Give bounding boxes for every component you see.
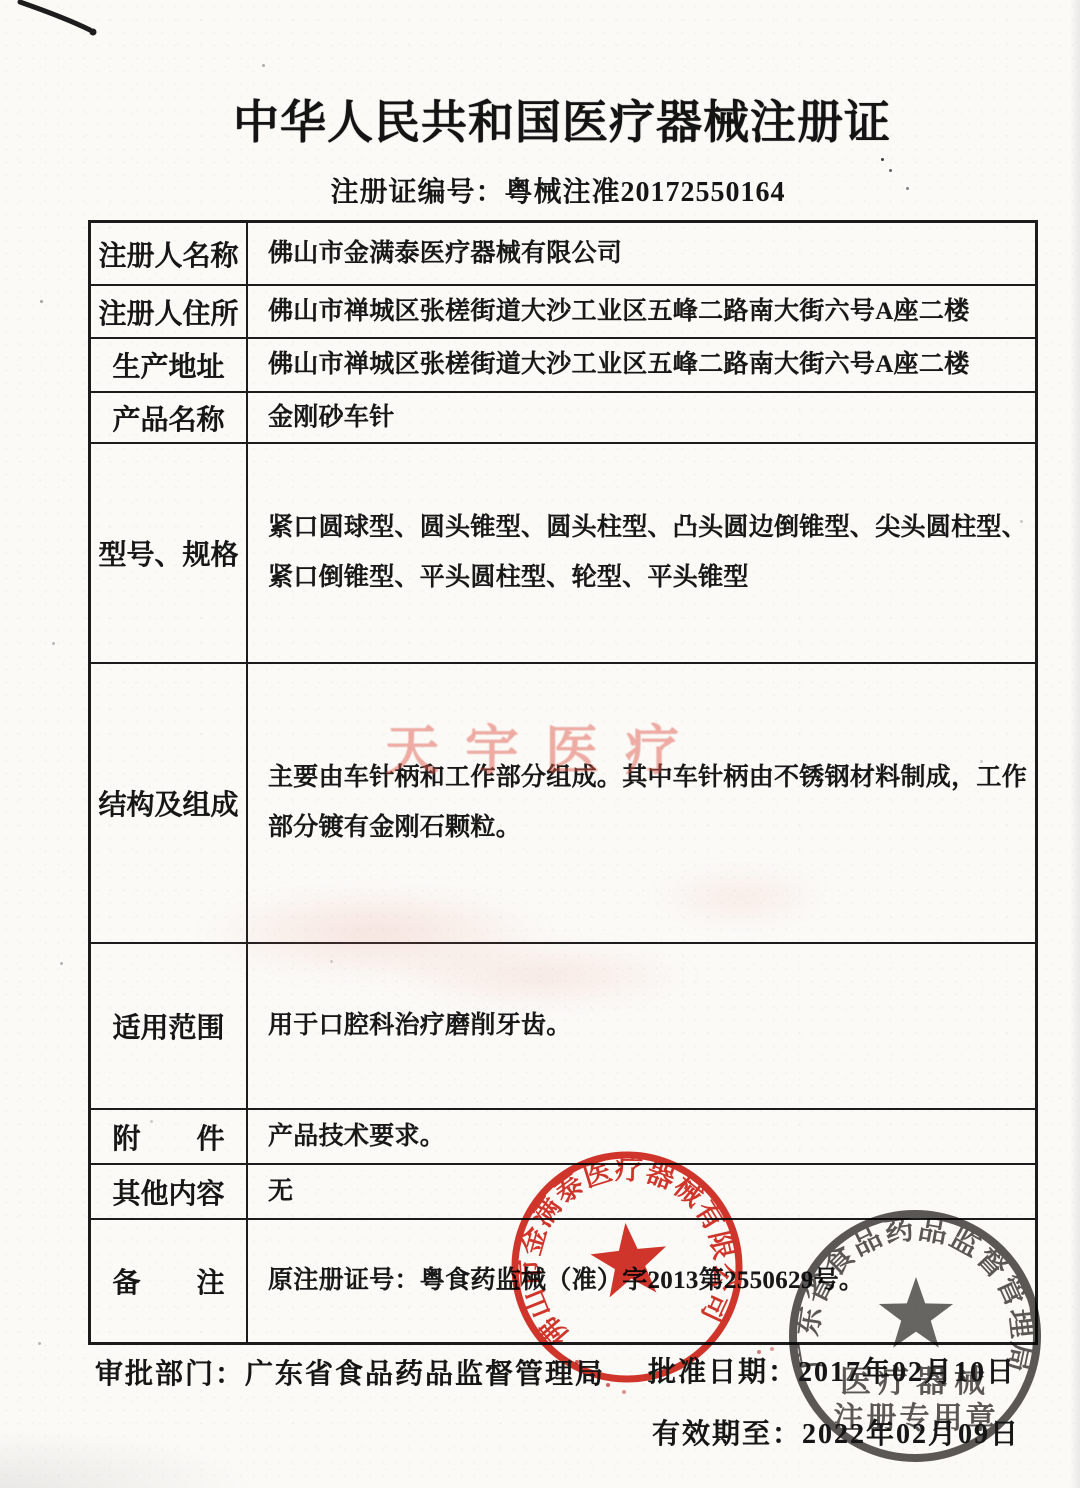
row-label: 注册人名称	[91, 223, 248, 284]
table-row: 生产地址 佛山市禅城区张槎街道大沙工业区五峰二路南大街六号A座二楼	[91, 337, 1035, 391]
row-label: 注册人住所	[91, 286, 248, 337]
registration-number-line: 注册证编号：粤械注准20172550164	[0, 170, 1080, 210]
table-row: 注册人名称 佛山市金满泰医疗器械有限公司	[91, 223, 1035, 284]
row-value: 金刚砂车针	[248, 393, 1035, 442]
row-value: 紧口圆球型、圆头锥型、圆头柱型、凸头圆边倒锥型、尖头圆柱型、紧口倒锥型、平头圆柱…	[248, 444, 1035, 662]
row-label: 型号、规格	[91, 444, 248, 662]
approval-department: 审批部门：广东省食品药品监督管理局	[95, 1352, 605, 1392]
approval-date: 批准日期：2017年02月10日	[648, 1350, 1016, 1390]
row-label: 附 件	[91, 1110, 248, 1163]
table-row: 适用范围 用于口腔科治疗磨削牙齿。	[91, 942, 1035, 1108]
certificate-page: 中华人民共和国医疗器械注册证 注册证编号：粤械注准20172550164 注册人…	[0, 0, 1080, 1488]
row-value: 佛山市禅城区张槎街道大沙工业区五峰二路南大街六号A座二楼	[248, 339, 1035, 391]
row-value: 佛山市禅城区张槎街道大沙工业区五峰二路南大街六号A座二楼	[248, 286, 1035, 337]
red-ink-specks	[0, 0, 4, 4]
page-title: 中华人民共和国医疗器械注册证	[0, 86, 1080, 152]
row-value: 用于口腔科治疗磨削牙齿。	[248, 944, 1035, 1108]
row-label: 备 注	[91, 1220, 248, 1342]
row-value: 佛山市金满泰医疗器械有限公司	[248, 223, 1035, 284]
registration-number-label: 注册证编号：	[330, 177, 504, 208]
row-label: 适用范围	[91, 944, 248, 1108]
row-label: 生产地址	[91, 339, 248, 391]
registration-number-value: 粤械注准20172550164	[505, 177, 786, 208]
approval-date-label: 批准日期：	[648, 1357, 798, 1388]
watermark-text: 天宇医疗	[385, 708, 725, 785]
authority-seal-star	[879, 1277, 953, 1348]
row-value: 主要由车针柄和工作部分组成。其中车针柄由不锈钢材料制成，工作部分镀有金刚石颗粒。	[248, 664, 1035, 942]
scan-scratch-mark	[0, 0, 130, 60]
scan-edge-shadow	[1070, 0, 1080, 1488]
valid-until: 有效期至：2022年02月09日	[652, 1412, 1020, 1452]
approval-department-value: 广东省食品药品监督管理局	[245, 1359, 605, 1390]
table-row: 型号、规格 紧口圆球型、圆头锥型、圆头柱型、凸头圆边倒锥型、尖头圆柱型、紧口倒锥…	[91, 442, 1035, 662]
table-row: 注册人住所 佛山市禅城区张槎街道大沙工业区五峰二路南大街六号A座二楼	[91, 284, 1035, 337]
table-row: 结构及组成 主要由车针柄和工作部分组成。其中车针柄由不锈钢材料制成，工作部分镀有…	[91, 662, 1035, 942]
valid-until-value: 2022年02月09日	[802, 1419, 1020, 1450]
company-seal-star	[588, 1219, 671, 1299]
row-label: 结构及组成	[91, 664, 248, 942]
row-label: 产品名称	[91, 393, 248, 442]
row-label: 其他内容	[91, 1165, 248, 1218]
table-row: 产品名称 金刚砂车针	[91, 391, 1035, 442]
approval-department-label: 审批部门：	[95, 1359, 245, 1390]
valid-until-label: 有效期至：	[652, 1419, 802, 1450]
approval-date-value: 2017年02月10日	[798, 1357, 1016, 1388]
scan-corner-shadow	[0, 1428, 260, 1488]
